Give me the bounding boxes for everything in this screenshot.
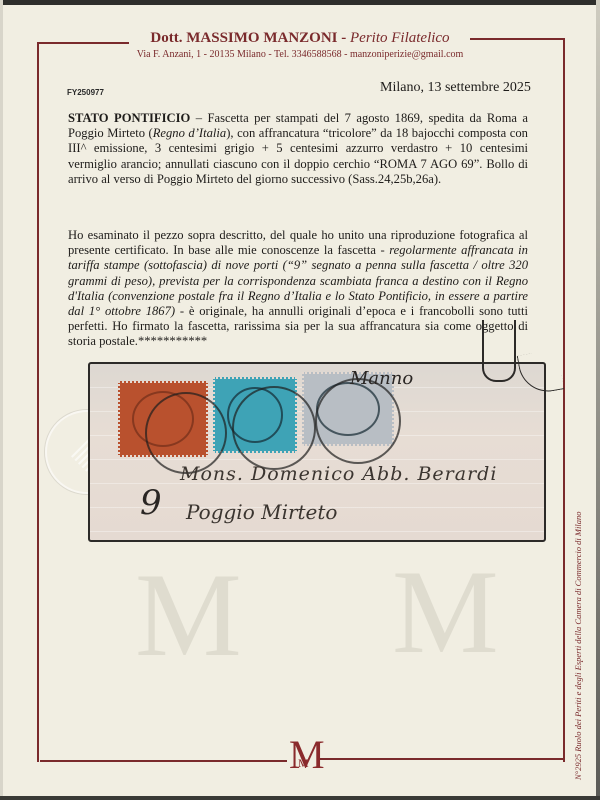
scan-edge-right <box>596 0 600 800</box>
watermark-monogram: M <box>392 552 499 672</box>
monogram-logo: M M <box>289 735 317 775</box>
expert-name: Dott. MASSIMO MANZONI <box>150 30 337 46</box>
frame-border-left <box>37 42 39 762</box>
expert-handwritten-signature: Manno <box>350 368 413 389</box>
expert-contact: Via F. Anzani, 1 - 20135 Milano - Tel. 3… <box>0 49 600 60</box>
postmark-cancel <box>315 378 401 464</box>
frame-border-bottom-left <box>40 760 287 762</box>
expert-role: Perito Filatelico <box>350 30 450 46</box>
expert-name-line: Dott. MASSIMO MANZONI - Perito Filatelic… <box>0 30 600 47</box>
handwritten-city: Poggio Mirteto <box>186 500 337 524</box>
expert-opinion: Ho esaminato il pezzo sopra descritto, d… <box>68 228 528 350</box>
signature-loop <box>482 320 516 382</box>
frame-border-bottom-right <box>318 758 565 760</box>
item-description: STATO PONTIFICIO – Fascetta per stampati… <box>68 111 528 187</box>
scan-edge-bottom <box>0 796 600 800</box>
handwritten-rate-mark: 9 <box>140 483 162 523</box>
scan-edge-top <box>0 0 600 5</box>
postmark-cancel <box>232 386 316 470</box>
letterhead: Dott. MASSIMO MANZONI - Perito Filatelic… <box>0 30 600 60</box>
certificate-date: Milano, 13 settembre 2025 <box>380 80 531 96</box>
postmark-cancel <box>145 392 227 474</box>
registry-note: N°2925 Ruolo dei Periti e degli Esperti … <box>573 512 583 780</box>
handwritten-addressee: Mons. Domenico Abb. Berardi <box>180 463 497 485</box>
scan-edge-left <box>0 0 3 800</box>
certificate-id: FY250977 <box>67 88 104 97</box>
frame-border-right <box>563 38 565 762</box>
item-title: STATO PONTIFICIO <box>68 111 190 125</box>
watermark-monogram: M <box>135 555 242 675</box>
